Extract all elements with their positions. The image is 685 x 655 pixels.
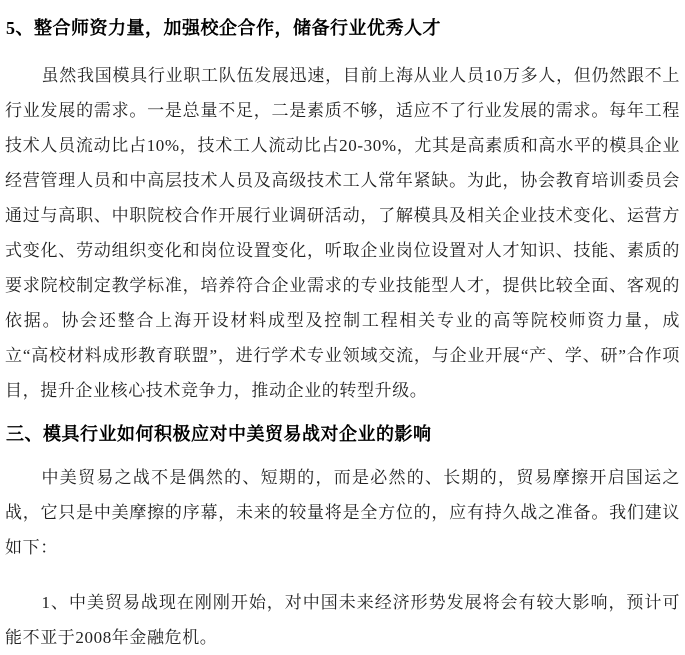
section-heading-teacher-resources: 5、整合师资力量，加强校企合作，储备行业优秀人才 bbox=[6, 14, 680, 42]
paragraph-workforce-development: 虽然我国模具行业职工队伍发展迅速，目前上海从业人员10万多人，但仍然跟不上行业发… bbox=[5, 58, 680, 408]
section-heading-trade-war: 三、模具行业如何积极应对中美贸易战对企业的影响 bbox=[6, 420, 680, 448]
document-page: 5、整合师资力量，加强校企合作，储备行业优秀人才 虽然我国模具行业职工队伍发展迅… bbox=[0, 0, 685, 655]
paragraph-trade-war-overview: 中美贸易之战不是偶然的、短期的，而是必然的、长期的，贸易摩擦开启国运之战，它只是… bbox=[5, 460, 680, 565]
paragraph-trade-war-impact: 1、中美贸易战现在刚刚开始，对中国未来经济形势发展将会有较大影响，预计可能不亚于… bbox=[5, 585, 680, 655]
